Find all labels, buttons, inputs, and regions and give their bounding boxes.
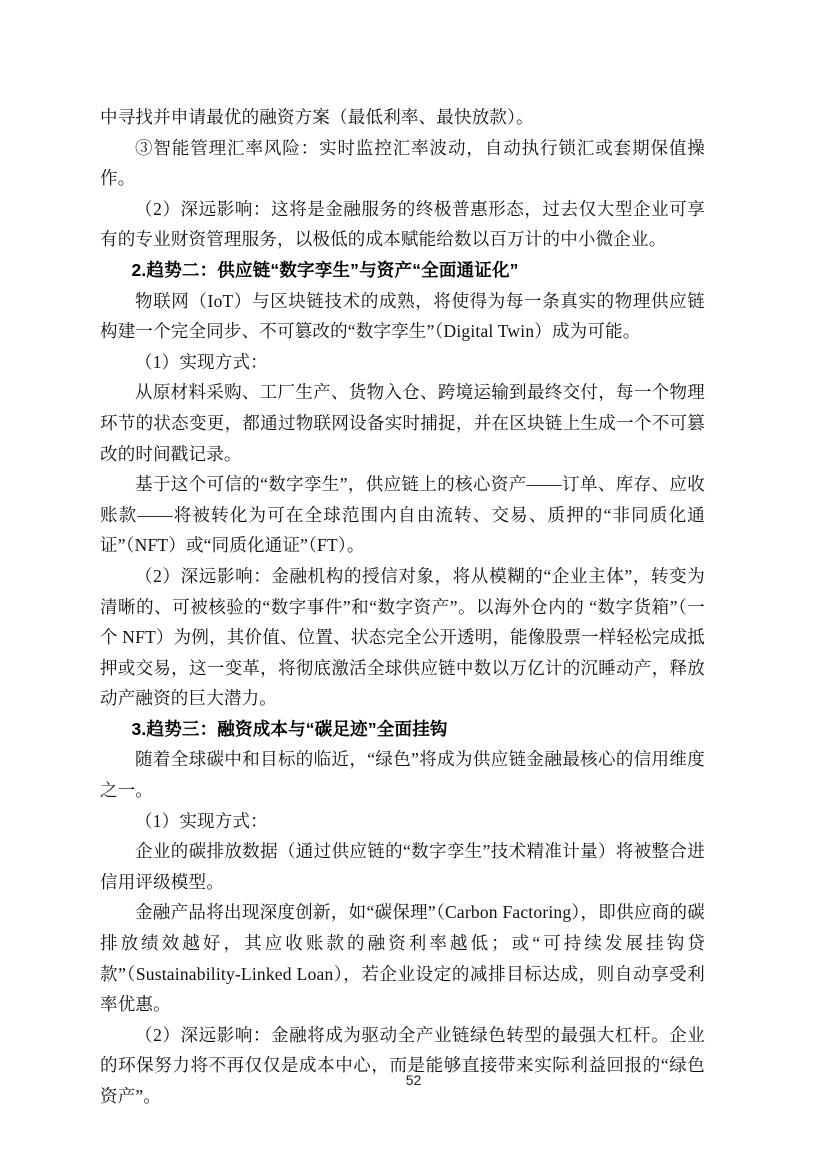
section-heading-trend-2: 2.趋势二：供应链“数字孪生”与资产“全面通证化” [100,255,705,286]
paragraph: 物联网（IoT）与区块链技术的成熟，将使得为每一条真实的物理供应链构建一个完全同… [100,286,705,347]
paragraph: （2）深远影响：金融将成为驱动全产业链绿色转型的最强大杠杆。企业的环保努力将不再… [100,1020,705,1112]
paragraph: 金融产品将出现深度创新，如“碳保理”（Carbon Factoring），即供应… [100,897,705,1019]
page-footer: 52 [0,1072,827,1090]
paragraph: （2）深远影响：这将是金融服务的终极普惠形态，过去仅大型企业可享有的专业财资管理… [100,194,705,255]
document-page: 中寻找并申请最优的融资方案（最低利率、最快放款）。 ③智能管理汇率风险：实时监控… [0,0,827,1169]
page-body-text: 中寻找并申请最优的融资方案（最低利率、最快放款）。 ③智能管理汇率风险：实时监控… [100,102,705,1112]
paragraph: （1）实现方式： [100,806,705,837]
paragraph: 基于这个可信的“数字孪生”，供应链上的核心资产——订单、库存、应收账款——将被转… [100,469,705,561]
paragraph: 企业的碳排放数据（通过供应链的“数字孪生”技术精准计量）将被整合进信用评级模型。 [100,836,705,897]
paragraph: ③智能管理汇率风险：实时监控汇率波动，自动执行锁汇或套期保值操作。 [100,133,705,194]
paragraph: （2）深远影响：金融机构的授信对象，将从模糊的“企业主体”，转变为清晰的、可被核… [100,561,705,714]
paragraph: 从原材料采购、工厂生产、货物入仓、跨境运输到最终交付，每一个物理环节的状态变更，… [100,377,705,469]
section-heading-trend-3: 3.趋势三：融资成本与“碳足迹”全面挂钩 [100,714,705,745]
paragraph-continuation: 中寻找并申请最优的融资方案（最低利率、最快放款）。 [100,102,705,133]
paragraph: （1）实现方式： [100,347,705,378]
paragraph: 随着全球碳中和目标的临近，“绿色”将成为供应链金融最核心的信用维度之一。 [100,744,705,805]
page-number: 52 [406,1072,422,1088]
